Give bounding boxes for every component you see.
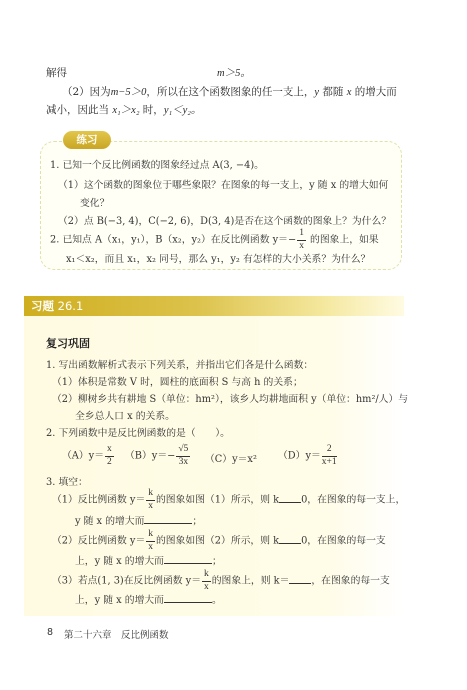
denominator: x	[297, 241, 306, 252]
fraction: √53x	[176, 445, 190, 467]
part2-line1: （2）因为m−5＞0，所以在这个函数图象的任一支上，y 都随 x 的增大而	[62, 84, 397, 99]
text: ，所以在这个函数图象的任一支上，	[146, 86, 314, 98]
part2-line2: 减小，因此当 x₁＞x₂ 时，y₁＜y₂。	[46, 102, 201, 117]
answer-blank[interactable]	[279, 492, 301, 503]
text: （2）因为	[62, 86, 111, 98]
text: y 随 x 的增大而	[75, 516, 144, 527]
text: ；	[212, 556, 222, 567]
fraction: 1x	[297, 229, 306, 251]
text: 。	[212, 595, 222, 606]
exercise-q3-1a: （1）反比例函数 y＝kx的图象如图（1）所示，则 k0，在图象的每一支上，	[52, 489, 405, 511]
exercise-q1-1: （1）体积是常数 V 时，圆柱的底面积 S 与高 h 的关系；	[52, 374, 303, 388]
numerator: 2	[322, 445, 337, 457]
text: ，在图象的每一支	[311, 576, 389, 587]
exercise-q1-2a: （2）柳树乡共有耕地 S（单位：hm²），该乡人均耕地面积 y（单位：hm²/人…	[52, 391, 408, 405]
exercise-number: 26.1	[58, 299, 84, 313]
text: （1）反比例函数 y＝	[52, 495, 145, 506]
fraction: kx	[146, 530, 155, 552]
answer-blank[interactable]	[279, 533, 301, 544]
exercise-q1-2b: 全乡总人口 x 的关系。	[75, 408, 175, 422]
math: x₁＞x₂	[112, 105, 139, 116]
practice-q1-1a: （1）这个函数的图象位于哪些象限？在图象的每一支上，y 随 x 的增大如何	[58, 177, 388, 191]
numerator: k	[146, 489, 155, 501]
numerator: x	[105, 445, 114, 457]
practice-q1-2: （2）点 B(−3, 4)，C(−2, 6)，D(3, 4)是否在这个函数的图象…	[58, 213, 391, 227]
numerator: k	[146, 530, 155, 542]
practice-q2-b: x₁＜x₂，而且 x₁，x₂ 同号，那么 y₁，y₂ 有怎样的大小关系？为什么？	[66, 251, 370, 265]
text: 的增大而	[351, 86, 396, 98]
solve-result: m＞5。	[217, 65, 251, 80]
text: （2）反比例函数 y＝	[52, 536, 145, 547]
numerator: k	[202, 570, 211, 582]
practice-q2-a: 2. 已知点 A（x₁，y₁），B（x₂，y₂）在反比例函数 y＝−1x 的图象…	[50, 229, 379, 251]
practice-q1: 1. 已知一个反比例函数的图象经过点 A(3, −4)。	[50, 157, 264, 171]
text: 的图象如图（1）所示，则 k	[156, 495, 279, 506]
denominator: x	[146, 501, 155, 512]
chapter-title: 第二十六章 反比例函数	[64, 627, 169, 641]
option-label: （B）y＝−	[125, 451, 175, 462]
option-label: （D）y＝	[278, 451, 321, 462]
answer-blank[interactable]	[164, 592, 212, 603]
exercise-header: 习题 26.1	[24, 296, 404, 316]
exercise-q3: 3. 填空：	[46, 474, 88, 488]
answer-blank[interactable]	[164, 553, 212, 564]
text: 的图象上，如果	[307, 235, 379, 246]
exercise-q2: 2. 下列函数中是反比例函数的是（ ）。	[46, 425, 230, 439]
page-number: 8	[47, 627, 53, 638]
exercise-q3-2a: （2）反比例函数 y＝kx的图象如图（2）所示，则 k0，在图象的每一支	[52, 530, 386, 552]
exercise-q3-3a: （3）若点(1, 3)在反比例函数 y＝kx的图象上，则 k＝，在图象的每一支	[52, 570, 390, 592]
text: 的图象上，则 k＝	[212, 576, 290, 587]
text: ；	[192, 516, 202, 527]
option-d: （D）y＝2x+1	[278, 445, 338, 467]
text: 0，在图象的每一支	[301, 536, 386, 547]
denominator: x+1	[322, 457, 337, 468]
practice-q1-1b: 变化？	[80, 195, 109, 209]
exercise-q3-2b: 上，y 随 x 的增大而；	[75, 553, 222, 567]
exercise-header-label: 习题	[31, 299, 54, 313]
text: 上，y 随 x 的增大而	[75, 595, 164, 606]
text: 上，y 随 x 的增大而	[75, 556, 164, 567]
answer-blank[interactable]	[144, 513, 192, 524]
option-a: （A）y＝x2	[62, 445, 115, 467]
text: 2. 已知点 A（x₁，y₁），B（x₂，y₂）在反比例函数 y＝−	[50, 235, 296, 246]
numerator: 1	[297, 229, 306, 241]
denominator: x	[146, 542, 155, 553]
text: （3）若点(1, 3)在反比例函数 y＝	[52, 576, 201, 587]
math: y₁＜y₂。	[164, 105, 202, 116]
text: 减小，因此当	[46, 104, 112, 116]
text: 0，在图象的每一支上，	[301, 495, 405, 506]
fraction: kx	[146, 489, 155, 511]
fraction: x2	[105, 445, 114, 467]
fraction: kx	[202, 570, 211, 592]
option-b: （B）y＝−√53x	[125, 445, 191, 467]
answer-blank[interactable]	[289, 573, 311, 584]
denominator: x	[202, 582, 211, 593]
section-title: 复习巩固	[46, 335, 90, 351]
text: 的图象如图（2）所示，则 k	[156, 536, 279, 547]
solve-label: 解得	[46, 65, 67, 80]
exercise-q1: 1. 写出函数解析式表示下列关系，并指出它们各是什么函数：	[46, 357, 313, 371]
math: m−5＞0	[111, 87, 147, 98]
option-label: （A）y＝	[62, 451, 104, 462]
practice-tag: 练习	[63, 131, 111, 149]
option-c: （C）y＝x²	[205, 451, 257, 465]
exercise-q3-1b: y 随 x 的增大而；	[75, 513, 202, 527]
denominator: 2	[105, 457, 114, 468]
numerator: √5	[176, 445, 190, 457]
exercise-q3-3b: 上，y 随 x 的增大而。	[75, 592, 222, 606]
text: 都随	[319, 86, 347, 98]
text: 时，	[139, 104, 163, 116]
denominator: 3x	[176, 457, 190, 468]
option-label: （C）y＝x²	[205, 454, 257, 465]
fraction: 2x+1	[322, 445, 337, 467]
